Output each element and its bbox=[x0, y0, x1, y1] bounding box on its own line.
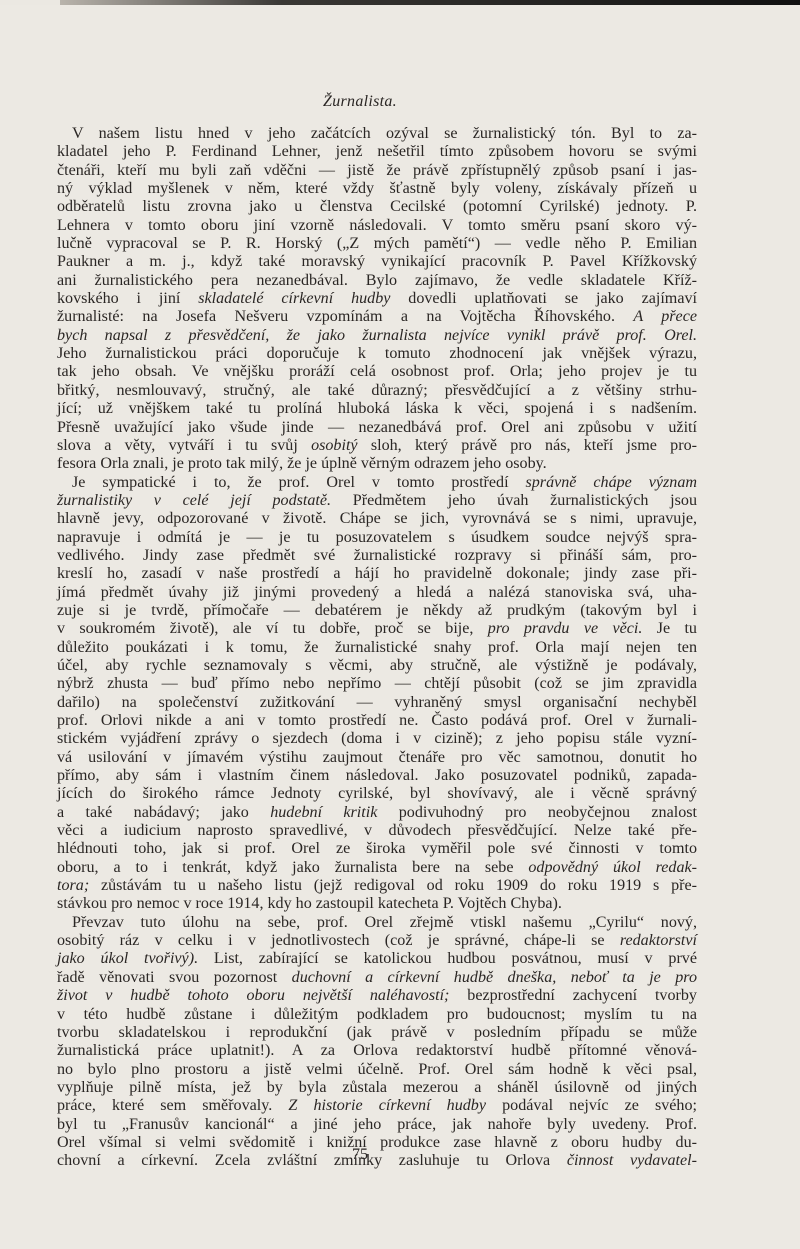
text-line: práce, které sem směřovaly. Z historie c… bbox=[57, 1097, 697, 1115]
text-line: žurnalisté: na Josefa Nešveru vzpomínám … bbox=[57, 308, 697, 326]
text-run: fesora Orla znali, je proto tak milý, že… bbox=[57, 455, 547, 472]
text-line: žurnalistická práce uplatnit!). A za Orl… bbox=[57, 1042, 697, 1060]
text-run: podával nejvíc ze svého; bbox=[486, 1097, 697, 1114]
text-line: lučně vypracoval se P. R. Horský („Z mýc… bbox=[57, 235, 697, 253]
text-run: Lehnera v tomto oboru jiní vzorně násled… bbox=[57, 217, 697, 234]
text-run: hlédnouti toho, jak si prof. Orel ze šir… bbox=[57, 840, 697, 857]
text-run: práce, které sem směřovaly. bbox=[57, 1097, 288, 1114]
text-line: Přesně uvažující jako všude jinde — neza… bbox=[57, 419, 697, 437]
text-line: Převzav tuto úlohu na sebe, prof. Orel z… bbox=[57, 914, 697, 932]
page-number: 75 bbox=[0, 1146, 720, 1164]
text-line: řadě věnovati svou pozornost duchovní a … bbox=[57, 969, 697, 987]
text-line: vá usilování v jímavém výstihu zaujmout … bbox=[57, 749, 697, 767]
text-run: v této hudbě zůstane i důležitým podklad… bbox=[57, 1006, 697, 1023]
text-run: tak jeho obsah. Ve vnějšku proráží celá … bbox=[57, 363, 697, 380]
text-line: zuje si je tvrdě, přímočaře — debatérem … bbox=[57, 602, 697, 620]
text-line: břitký, nesmlouvavý, stručný, ale také d… bbox=[57, 382, 697, 400]
text-line: ani žurnalistického pera nezanedbával. B… bbox=[57, 272, 697, 290]
italic-emphasis: redaktorství bbox=[620, 932, 697, 949]
text-line: a také nabádavý; jako hudební kritik pod… bbox=[57, 804, 697, 822]
text-run: ani žurnalistického pera nezanedbával. B… bbox=[57, 272, 697, 289]
document-page: Žurnalista. V našem listu hned v jeho za… bbox=[0, 5, 800, 1249]
text-run: byl tu „Franusův kancionál“ a jiné jeho … bbox=[57, 1116, 697, 1133]
text-line: kladatel jeho P. Ferdinand Lehner, jenž … bbox=[57, 143, 697, 161]
italic-emphasis: A přece bbox=[633, 308, 697, 325]
text-run: slova a věty, vytváří i tu svůj bbox=[57, 437, 311, 454]
text-run: Paukner a m. j., když také moravský vyni… bbox=[57, 253, 697, 270]
page-title: Žurnalista. bbox=[0, 93, 720, 111]
text-line: stávkou pro nemoc v roce 1914, kdy ho za… bbox=[57, 895, 697, 913]
text-line: důležito poukázati i k tomu, že žurnalis… bbox=[57, 639, 697, 657]
italic-emphasis: skladatelé církevní hudby bbox=[198, 290, 390, 307]
italic-emphasis: tora; bbox=[57, 877, 89, 894]
text-run: vyplňuje pilně místa, jež by byla zůstal… bbox=[57, 1079, 697, 1096]
text-line: hlédnouti toho, jak si prof. Orel ze šir… bbox=[57, 840, 697, 858]
text-line: v soukromém životě), ale ví tu dobře, pr… bbox=[57, 620, 697, 638]
text-line: jímá předmět úvahy již jinými provedený … bbox=[57, 584, 697, 602]
text-run: sloh, který právě pro nás, kteří jsme pr… bbox=[358, 437, 697, 454]
italic-emphasis: jako úkol tvořivý). bbox=[57, 950, 198, 967]
text-line: odběratelů listu zrovna jako u členstva … bbox=[57, 198, 697, 216]
italic-emphasis: odpovědný úkol redak- bbox=[528, 859, 697, 876]
text-line: slova a věty, vytváří i tu svůj osobitý … bbox=[57, 437, 697, 455]
text-run: List, zabírající se katolickou hudbou po… bbox=[198, 950, 697, 967]
text-run: lučně vypracoval se P. R. Horský („Z mýc… bbox=[57, 235, 697, 252]
text-run: Převzav tuto úlohu na sebe, prof. Orel z… bbox=[72, 914, 697, 931]
text-line: Lehnera v tomto oboru jiní vzorně násled… bbox=[57, 217, 697, 235]
text-line: kovského i jiní skladatelé církevní hudb… bbox=[57, 290, 697, 308]
text-run: přímo, aby sám i vlastním činem následov… bbox=[57, 767, 697, 784]
text-run: podivuhodný pro neobyčejnou znalost bbox=[377, 804, 697, 821]
text-run: jících do širokého rámce Jednoty cyrilsk… bbox=[57, 785, 697, 802]
text-run: vá usilování v jímavém výstihu zaujmout … bbox=[57, 749, 697, 766]
italic-emphasis: bych napsal z přesvědčení, že jako žurna… bbox=[57, 327, 697, 344]
text-line: život v hudbě tohoto oboru největší nalé… bbox=[57, 987, 697, 1005]
italic-emphasis: život v hudbě tohoto oboru největší nalé… bbox=[57, 987, 449, 1004]
text-run: zuje si je tvrdě, přímočaře — debatérem … bbox=[57, 602, 697, 619]
text-line: oboru, a to i tenkrát, když jako žurnali… bbox=[57, 859, 697, 877]
text-line: vyplňuje pilně místa, jež by byla zůstal… bbox=[57, 1079, 697, 1097]
text-run: kladatel jeho P. Ferdinand Lehner, jenž … bbox=[57, 143, 697, 160]
text-line: prof. Orlovi nikde a ani v tomto prostře… bbox=[57, 712, 697, 730]
text-line: hlavně jevy, odpozorované v životě. Cháp… bbox=[57, 510, 697, 528]
text-line: věci a iudicium naprosto spravedlivé, v … bbox=[57, 822, 697, 840]
text-line: V našem listu hned v jeho začátcích ozýv… bbox=[57, 125, 697, 143]
text-run: osobitý ráz v celku i v jednotlivostech … bbox=[57, 932, 620, 949]
text-line: napravuje i odmítá je — je tu posuzovate… bbox=[57, 529, 697, 547]
text-run: no bylo plno prostoru a jistě velmi účel… bbox=[57, 1061, 697, 1078]
italic-emphasis: Z historie církevní hudby bbox=[288, 1097, 486, 1114]
text-line: fesora Orla znali, je proto tak milý, že… bbox=[57, 455, 697, 473]
text-line: dařilo) na společenství zužitkování — vy… bbox=[57, 694, 697, 712]
text-line: přímo, aby sám i vlastním činem následov… bbox=[57, 767, 697, 785]
text-line: vedlivého. Jindy zase předmět své žurnal… bbox=[57, 547, 697, 565]
body-text: V našem listu hned v jeho začátcích ozýv… bbox=[57, 125, 697, 1171]
text-line: stickém vyjádření zprávy o sjezdech (dom… bbox=[57, 730, 697, 748]
text-run: Jeho žurnalistickou práci doporučuje k t… bbox=[57, 345, 697, 362]
text-line: Paukner a m. j., když také moravský vyni… bbox=[57, 253, 697, 271]
text-run: bezprostřední zachycení tvorby bbox=[449, 987, 697, 1004]
text-run: stickém vyjádření zprávy o sjezdech (dom… bbox=[57, 730, 697, 747]
text-run: V našem listu hned v jeho začátcích ozýv… bbox=[72, 125, 697, 142]
text-run: Je sympatické i to, že prof. Orel v tomt… bbox=[72, 474, 526, 491]
text-run: stávkou pro nemoc v roce 1914, kdy ho za… bbox=[57, 895, 562, 912]
text-line: jako úkol tvořivý). List, zabírající se … bbox=[57, 950, 697, 968]
text-run: Je tu bbox=[642, 620, 697, 637]
text-run: zůstávám tu u našeho listu (jejž redigov… bbox=[89, 877, 697, 894]
text-run: nýbrž zhusta — buď přímo nebo nepřímo — … bbox=[57, 675, 697, 692]
text-run: kovského i jiní bbox=[57, 290, 198, 307]
text-run: prof. Orlovi nikde a ani v tomto prostře… bbox=[57, 712, 697, 729]
italic-emphasis: žurnalistiky v celé její podstatě. bbox=[57, 492, 331, 509]
text-line: v této hudbě zůstane i důležitým podklad… bbox=[57, 1006, 697, 1024]
italic-emphasis: pro pravdu ve věci. bbox=[488, 620, 643, 637]
text-line: kreslí ho, zasadí v naše prostředí a háj… bbox=[57, 565, 697, 583]
text-run: Přesně uvažující jako všude jinde — neza… bbox=[57, 419, 697, 436]
text-run: hlavně jevy, odpozorované v životě. Cháp… bbox=[57, 510, 697, 527]
text-run: břitký, nesmlouvavý, stručný, ale také d… bbox=[57, 382, 697, 399]
text-run: oboru, a to i tenkrát, když jako žurnali… bbox=[57, 859, 528, 876]
text-run: čtenáři, kteří mu byli zaň vděčni — jist… bbox=[57, 162, 697, 179]
text-line: čtenáři, kteří mu byli zaň vděčni — jist… bbox=[57, 162, 697, 180]
text-run: žurnalisté: na Josefa Nešveru vzpomínám … bbox=[57, 308, 633, 325]
text-run: ný výklad myšlenek v něm, které vždy šťa… bbox=[57, 180, 697, 197]
text-run: napravuje i odmítá je — je tu posuzovate… bbox=[57, 529, 697, 546]
text-run: účel, aby rychle seznamovaly s věcmi, ab… bbox=[57, 657, 697, 674]
italic-emphasis: správně chápe význam bbox=[526, 474, 698, 491]
text-run: Předmětem jeho úvah žurnalistických jsou bbox=[331, 492, 697, 509]
italic-emphasis: hudební kritik bbox=[270, 804, 377, 821]
text-line: Jeho žurnalistickou práci doporučuje k t… bbox=[57, 345, 697, 363]
text-run: odběratelů listu zrovna jako u členstva … bbox=[57, 198, 697, 215]
text-run: v soukromém životě), ale ví tu dobře, pr… bbox=[57, 620, 488, 637]
text-run: kreslí ho, zasadí v naše prostředí a háj… bbox=[57, 565, 697, 582]
italic-emphasis: duchovní a církevní hudbě dneška, neboť … bbox=[292, 969, 697, 986]
text-line: byl tu „Franusův kancionál“ a jiné jeho … bbox=[57, 1116, 697, 1134]
text-run: jící; už vnějškem také tu prolíná hlubok… bbox=[57, 400, 697, 417]
text-line: osobitý ráz v celku i v jednotlivostech … bbox=[57, 932, 697, 950]
text-line: žurnalistiky v celé její podstatě. Předm… bbox=[57, 492, 697, 510]
text-line: tora; zůstávám tu u našeho listu (jejž r… bbox=[57, 877, 697, 895]
text-line: jící; už vnějškem také tu prolíná hlubok… bbox=[57, 400, 697, 418]
text-run: jímá předmět úvahy již jinými provedený … bbox=[57, 584, 697, 601]
text-run: vedlivého. Jindy zase předmět své žurnal… bbox=[57, 547, 697, 564]
text-run: žurnalistická práce uplatnit!). A za Orl… bbox=[57, 1042, 697, 1059]
text-line: tak jeho obsah. Ve vnějšku proráží celá … bbox=[57, 363, 697, 381]
text-line: ný výklad myšlenek v něm, které vždy šťa… bbox=[57, 180, 697, 198]
text-line: účel, aby rychle seznamovaly s věcmi, ab… bbox=[57, 657, 697, 675]
text-run: dovedli uplatňovati se jako zajímaví bbox=[390, 290, 697, 307]
text-line: no bylo plno prostoru a jistě velmi účel… bbox=[57, 1061, 697, 1079]
text-run: důležito poukázati i k tomu, že žurnalis… bbox=[57, 639, 697, 656]
italic-emphasis: osobitý bbox=[311, 437, 358, 454]
text-run: věci a iudicium naprosto spravedlivé, v … bbox=[57, 822, 697, 839]
text-run: řadě věnovati svou pozornost bbox=[57, 969, 292, 986]
text-line: tvorbu skladatelskou i reprodukční (jak … bbox=[57, 1024, 697, 1042]
text-line: bych napsal z přesvědčení, že jako žurna… bbox=[57, 327, 697, 345]
text-run: dařilo) na společenství zužitkování — vy… bbox=[57, 694, 697, 711]
text-line: jících do širokého rámce Jednoty cyrilsk… bbox=[57, 785, 697, 803]
text-line: Je sympatické i to, že prof. Orel v tomt… bbox=[57, 474, 697, 492]
text-run: tvorbu skladatelskou i reprodukční (jak … bbox=[57, 1024, 697, 1041]
text-line: nýbrž zhusta — buď přímo nebo nepřímo — … bbox=[57, 675, 697, 693]
text-run: a také nabádavý; jako bbox=[57, 804, 270, 821]
